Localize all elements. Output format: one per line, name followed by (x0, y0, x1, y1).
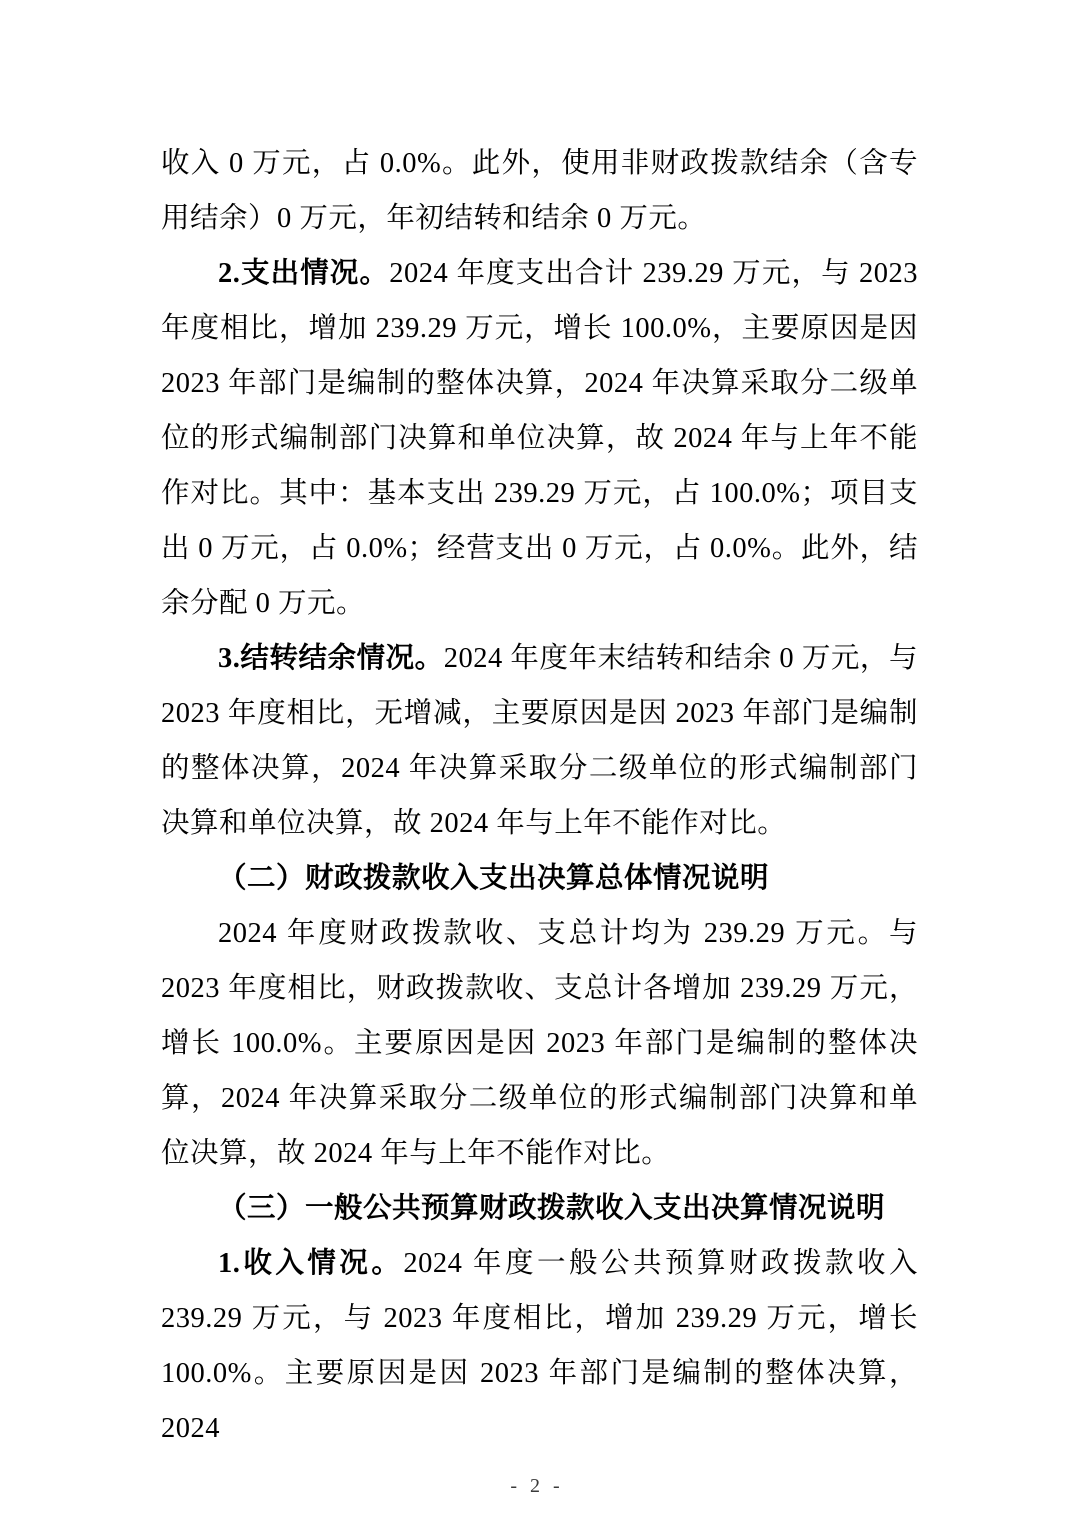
paragraph-fiscal-appropriation-total: 2024 年度财政拨款收、支总计均为 239.29 万元。与 2023 年度相比… (161, 906, 918, 1181)
heading-section-three-run: （三）一般公共预算财政拨款收入支出决算情况说明 (218, 1193, 885, 1224)
paragraph-fiscal-appropriation-total-run: 2024 年度财政拨款收、支总计均为 239.29 万元。与 2023 年度相比… (161, 918, 918, 1169)
paragraph-nonfiscal-income-continuation-run: 收入 0 万元，占 0.0%。此外，使用非财政拨款结余（含专用结余）0 万元，年… (161, 148, 918, 234)
paragraph-carryover-balance-situation: 3.结转结余情况。2024 年度年末结转和结余 0 万元，与 2023 年度相比… (161, 631, 918, 851)
heading-section-three: （三）一般公共预算财政拨款收入支出决算情况说明 (161, 1181, 918, 1236)
paragraph-carryover-balance-situation-run: 3.结转结余情况。 (218, 643, 444, 674)
page-number: - 2 - (0, 1475, 1074, 1498)
paragraph-expenditure-situation-run: 2.支出情况。 (218, 258, 389, 289)
paragraph-general-budget-income-run: 1.收入情况。 (218, 1248, 403, 1279)
heading-section-two: （二）财政拨款收入支出决算总体情况说明 (161, 851, 918, 906)
paragraph-expenditure-situation-run: 2024 年度支出合计 239.29 万元，与 2023 年度相比，增加 239… (161, 258, 918, 619)
document-body: 收入 0 万元，占 0.0%。此外，使用非财政拨款结余（含专用结余）0 万元，年… (161, 136, 918, 1456)
heading-section-two-run: （二）财政拨款收入支出决算总体情况说明 (218, 863, 769, 894)
paragraph-nonfiscal-income-continuation: 收入 0 万元，占 0.0%。此外，使用非财政拨款结余（含专用结余）0 万元，年… (161, 136, 918, 246)
document-page: 收入 0 万元，占 0.0%。此外，使用非财政拨款结余（含专用结余）0 万元，年… (0, 0, 1074, 1520)
paragraph-expenditure-situation: 2.支出情况。2024 年度支出合计 239.29 万元，与 2023 年度相比… (161, 246, 918, 631)
paragraph-general-budget-income: 1.收入情况。2024 年度一般公共预算财政拨款收入 239.29 万元，与 2… (161, 1236, 918, 1456)
